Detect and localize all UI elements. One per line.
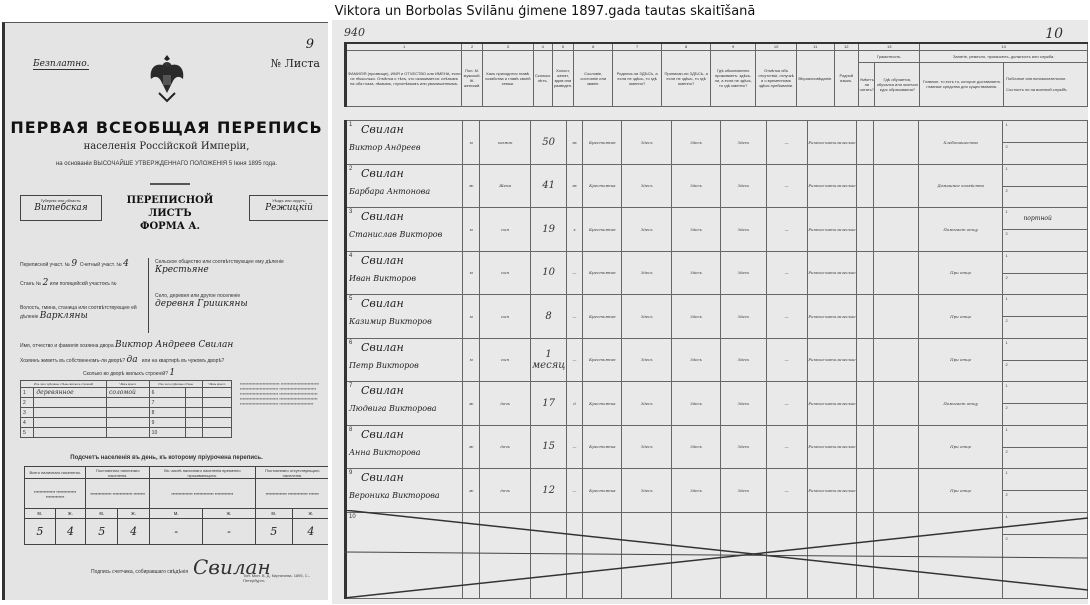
person-residence: Здесь bbox=[721, 425, 766, 469]
person-estate: Крестьянин bbox=[583, 251, 622, 295]
person-occupation: Домашнее хозяйство bbox=[918, 164, 1002, 208]
person-sex: ж bbox=[463, 425, 479, 469]
person-sex: ж bbox=[463, 469, 479, 513]
walls-value bbox=[185, 408, 202, 418]
person-index: 2 bbox=[349, 166, 352, 172]
row-index: 1 bbox=[21, 388, 34, 398]
count-value: 5 bbox=[255, 519, 292, 545]
sex-label: м. bbox=[255, 509, 292, 519]
person-literacy-b bbox=[873, 164, 918, 208]
person-birthplace: Здесь bbox=[622, 121, 671, 165]
owner-value: Виктор Андреев Свилан bbox=[115, 340, 233, 350]
person-relation bbox=[479, 512, 530, 598]
police-label: или полицейскій участокъ № bbox=[50, 281, 117, 287]
person-sex: м bbox=[463, 208, 479, 252]
roof-value bbox=[202, 428, 231, 438]
person-age: 41 bbox=[531, 164, 566, 208]
row-index: 7 bbox=[149, 398, 185, 408]
form-decree: на основаніи ВЫСОЧАЙШЕ УТВЕРЖДЕННАГО ПОЛ… bbox=[5, 161, 328, 167]
person-estate bbox=[583, 512, 622, 598]
person-residence: Здесь bbox=[721, 251, 766, 295]
count-value: 4 bbox=[118, 519, 150, 545]
buildings-row: 49 bbox=[21, 418, 232, 428]
person-birthplace: Здесь bbox=[622, 425, 671, 469]
person-name-cell: 10 bbox=[346, 512, 463, 598]
count-value: 5 bbox=[25, 519, 56, 545]
header-absence: Отмѣтка объ отсутствіи, отлучкѣ и о врем… bbox=[756, 50, 797, 106]
person-surname: Свилан bbox=[361, 167, 404, 180]
person-surname: Свилан bbox=[361, 297, 404, 310]
person-surname: Свилан bbox=[361, 341, 404, 354]
header-registered: Приписан-ли ЗДѢСЬ, а если не здѣсь, то г… bbox=[662, 50, 711, 106]
person-sex: м bbox=[463, 251, 479, 295]
buildings-count-value: 1 bbox=[169, 368, 175, 378]
row-index: 3 bbox=[21, 408, 34, 418]
person-registered: Здесь bbox=[671, 208, 720, 252]
person-row: 6 Свилан Петр Викторов м сын 1 месяц — К… bbox=[346, 338, 1088, 382]
person-absence: — bbox=[766, 295, 807, 339]
header-occupation-b1: Побочное или вспомогательное. bbox=[1006, 76, 1087, 81]
count-value: 5 bbox=[86, 519, 118, 545]
person-marital: — bbox=[566, 469, 582, 513]
person-surname: Свилан bbox=[361, 428, 404, 441]
person-side-occupation: портной bbox=[1023, 215, 1051, 222]
person-literacy-a bbox=[857, 425, 873, 469]
person-row: 4 Свилан Иван Викторов м сын 10 — Кресть… bbox=[346, 251, 1088, 295]
person-absence: — bbox=[766, 164, 807, 208]
row-index: 4 bbox=[21, 418, 34, 428]
roof-value bbox=[106, 398, 149, 408]
page-number: 10 bbox=[1045, 26, 1063, 42]
person-residence: Здесь bbox=[721, 295, 766, 339]
person-marital: — bbox=[566, 251, 582, 295]
person-index: 7 bbox=[349, 383, 352, 389]
person-literacy-b bbox=[873, 382, 918, 426]
form-type-subtitle: ФОРМА А. bbox=[105, 220, 235, 233]
owner-field: Имя, отчество и фамилія хозяина двора Ви… bbox=[20, 340, 233, 350]
row-index: 5 bbox=[21, 428, 34, 438]
person-estate: Крестьянка bbox=[583, 164, 622, 208]
person-sex bbox=[463, 512, 479, 598]
province-value: Витебская bbox=[21, 203, 101, 213]
person-birthplace: Здесь bbox=[622, 382, 671, 426]
sex-label: м. bbox=[150, 509, 203, 519]
count-header: Постояннаго наличнаго населенія. bbox=[86, 467, 150, 479]
stan-field: Станъ № 2 или полицейскій участокъ № bbox=[20, 278, 117, 288]
person-row: 9 Свилан Вероника Викторова ж дочь 12 — … bbox=[346, 469, 1088, 513]
person-birthplace: Здесь bbox=[622, 208, 671, 252]
buildings-row: 38 bbox=[21, 408, 232, 418]
census-district-value: 9 bbox=[71, 259, 77, 269]
person-row: 5 Свилан Казимир Викторов м сын 8 — Крес… bbox=[346, 295, 1088, 339]
person-estate: Крестьянин bbox=[583, 208, 622, 252]
person-marital bbox=[566, 512, 582, 598]
person-religion: Римско-католическое bbox=[807, 338, 856, 382]
community-field: Сельское общество или соотвѣтствующее ем… bbox=[155, 259, 284, 275]
person-registered: Здесь bbox=[671, 295, 720, 339]
buildings-row: 27 bbox=[21, 398, 232, 408]
walls-value bbox=[185, 398, 202, 408]
column-number: 13 bbox=[859, 43, 920, 50]
household-members-rows: 1 Свилан Виктор Андреев м хозяин 50 ж Кр… bbox=[344, 120, 1088, 599]
person-given-name: Петр Викторов bbox=[349, 361, 419, 370]
person-occupation-secondary: 1 2 bbox=[1003, 251, 1088, 295]
roof-value: соломой bbox=[106, 388, 149, 398]
walls-value bbox=[34, 418, 107, 428]
person-occupation: Помогает отцу bbox=[918, 382, 1002, 426]
person-age: 50 bbox=[531, 121, 566, 165]
sex-label: ж. bbox=[203, 509, 255, 519]
person-registered: Здесь bbox=[671, 469, 720, 513]
roof-value bbox=[106, 408, 149, 418]
person-age: 8 bbox=[531, 295, 566, 339]
person-index: 3 bbox=[349, 209, 352, 215]
count-value: 4 bbox=[55, 519, 86, 545]
buildings-count-field: Сколько во дворѣ жилыхъ строеній? 1 bbox=[83, 368, 175, 378]
form-title: ПЕРВАЯ ВСЕОБЩАЯ ПЕРЕПИСЬ bbox=[5, 118, 328, 137]
sheet-number-label: № Листа bbox=[271, 57, 320, 70]
sex-label: ж. bbox=[292, 509, 328, 519]
walls-value: деревянное bbox=[34, 388, 107, 398]
double-headed-eagle-icon bbox=[147, 53, 187, 105]
person-occupation: Помогает отцу bbox=[918, 208, 1002, 252]
person-row: 3 Свилан Станислав Викторов м сын 19 х К… bbox=[346, 208, 1088, 252]
person-registered: Здесь bbox=[671, 251, 720, 295]
header-relation: Какъ приходится главѣ хозяйства и главѣ … bbox=[482, 50, 533, 106]
person-given-name: Людвига Викторова bbox=[349, 404, 437, 413]
buildings-header: Изъ чего сдѣланы стѣны bbox=[149, 381, 202, 388]
header-occupation-a: Главное, то есть то, которое доставляетъ… bbox=[920, 62, 1004, 106]
person-row: 2 Свилан Барбара Антонова ж Жена 41 ж Кр… bbox=[346, 164, 1088, 208]
header-birthplace: Родился-ли ЗДѢСЬ, а если не здѣсь, то гд… bbox=[613, 50, 662, 106]
person-name-cell: 7 Свилан Людвига Викторова bbox=[346, 382, 463, 426]
census-district-field: Переписной участ. № 9 Счетный участ. № 4 bbox=[20, 259, 129, 269]
person-relation: сын bbox=[479, 251, 530, 295]
person-marital: ж bbox=[566, 121, 582, 165]
archive-number: 940 bbox=[344, 26, 365, 39]
own-house-value: да bbox=[127, 355, 138, 365]
roof-value bbox=[202, 398, 231, 408]
person-birthplace: Здесь bbox=[622, 164, 671, 208]
person-religion: Римско-католическое bbox=[807, 469, 856, 513]
count-value: 4 bbox=[292, 519, 328, 545]
person-residence: Здесь bbox=[721, 164, 766, 208]
person-absence: — bbox=[766, 338, 807, 382]
person-age: 12 bbox=[531, 469, 566, 513]
person-residence: Здесь bbox=[721, 338, 766, 382]
person-age: 15 bbox=[531, 425, 566, 469]
person-absence: — bbox=[766, 251, 807, 295]
stan-label: Станъ № bbox=[20, 281, 41, 287]
person-row: 8 Свилан Анна Викторова ж дочь 15 — Крес… bbox=[346, 425, 1088, 469]
walls-value bbox=[34, 398, 107, 408]
signature-label: Подпись счетчика, собиравшаго свѣдѣнія bbox=[91, 569, 188, 575]
person-occupation: При отце bbox=[918, 469, 1002, 513]
person-occupation bbox=[918, 512, 1002, 598]
person-birthplace: Здесь bbox=[622, 338, 671, 382]
form-subtitle: населенія Россійской Имперіи, bbox=[5, 141, 328, 152]
page-number: 9 bbox=[306, 37, 314, 52]
person-index: 10 bbox=[349, 514, 356, 520]
census-cover-page: 9 Безплатно. № Листа ПЕРВАЯ ВСЕОБЩАЯ ПЕР… bbox=[2, 22, 328, 600]
volost-value: Варкляны bbox=[40, 311, 88, 321]
row-index: 9 bbox=[149, 418, 185, 428]
sex-label: м. bbox=[86, 509, 118, 519]
header-residence: Гдѣ обыкновенно проживаетъ: здѣсь-ли, а … bbox=[711, 50, 756, 106]
header-literacy-a: Умѣетъ ли читать? bbox=[859, 62, 875, 106]
rent-label: или на квартирѣ въ чужомъ дворѣ? bbox=[142, 358, 225, 364]
person-surname: Свилан bbox=[361, 384, 404, 397]
roof-value bbox=[106, 428, 149, 438]
walls-value bbox=[185, 428, 202, 438]
row-index: 10 bbox=[149, 428, 185, 438]
header-name: ФАМИЛІЯ (прозвище), ИМЯ и ОТЧЕСТВО или И… bbox=[346, 50, 462, 106]
header-occupation-b2: Состоитъ ли на военной службѣ. bbox=[1006, 87, 1087, 92]
person-name-cell: 8 Свилан Анна Викторова bbox=[346, 425, 463, 469]
count-description: ▪▪▪▪▪▪▪▪▪▪▪▪▪▪▪ ▪▪▪▪▪▪▪▪▪▪▪▪▪▪ ▪▪▪▪▪▪▪▪▪… bbox=[150, 479, 256, 509]
stan-value: 2 bbox=[43, 278, 49, 288]
person-literacy-b bbox=[873, 251, 918, 295]
person-birthplace: Здесь bbox=[622, 251, 671, 295]
volost-field: Волость, гмина, станица или соотвѣтствую… bbox=[20, 305, 145, 321]
person-relation: хозяин bbox=[479, 121, 530, 165]
person-row: 7 Свилан Людвига Викторова ж дочь 17 д К… bbox=[346, 382, 1088, 426]
column-number: 8 bbox=[662, 43, 711, 50]
person-name-cell: 2 Свилан Барбара Антонова bbox=[346, 164, 463, 208]
person-index: 5 bbox=[349, 296, 352, 302]
image-caption: Viktora un Borbolas Svilānu ģimene 1897.… bbox=[0, 4, 1090, 19]
buildings-header: Чѣмъ крыто bbox=[106, 381, 149, 388]
header-estate: Сословіе, состояніе или званіе. bbox=[574, 50, 613, 106]
person-name-cell: 4 Свилан Иван Викторов bbox=[346, 251, 463, 295]
person-registered: Здесь bbox=[671, 121, 720, 165]
column-number: 1 bbox=[346, 43, 462, 50]
header-literacy-b: Гдѣ обучается, обучался или окончил курс… bbox=[875, 62, 920, 106]
person-index: 9 bbox=[349, 470, 352, 476]
person-age: 10 bbox=[531, 251, 566, 295]
person-relation: сын bbox=[479, 338, 530, 382]
person-religion: Римско-католическое bbox=[807, 208, 856, 252]
column-number: 5 bbox=[552, 43, 574, 50]
person-literacy-b bbox=[873, 469, 918, 513]
buildings-header: Изъ чего сдѣланы стѣны жилыхъ строеній bbox=[21, 381, 107, 388]
person-sex: ж bbox=[463, 382, 479, 426]
person-age bbox=[531, 512, 566, 598]
sex-label: ж. bbox=[55, 509, 86, 519]
person-literacy-a bbox=[857, 469, 873, 513]
person-age: 1 месяц bbox=[531, 338, 566, 382]
walls-value bbox=[34, 428, 107, 438]
person-registered: Здесь bbox=[671, 164, 720, 208]
person-literacy-b bbox=[873, 121, 918, 165]
person-estate: Крестьянин bbox=[583, 295, 622, 339]
header-marital: Холост, женат, вдов или разведен. bbox=[552, 50, 574, 106]
column-number: 11 bbox=[797, 43, 835, 50]
person-sex: м bbox=[463, 295, 479, 339]
person-religion bbox=[807, 512, 856, 598]
person-relation: дочь bbox=[479, 469, 530, 513]
person-occupation-secondary: 1 2 bbox=[1003, 338, 1088, 382]
person-registered: Здесь bbox=[671, 425, 720, 469]
person-religion: Римско-католическое bbox=[807, 121, 856, 165]
person-literacy-a bbox=[857, 512, 873, 598]
person-age: 19 bbox=[531, 208, 566, 252]
column-number: 2 bbox=[462, 43, 482, 50]
person-literacy-b bbox=[873, 425, 918, 469]
person-estate: Крестьянка bbox=[583, 425, 622, 469]
column-number: 14 bbox=[920, 43, 1088, 50]
person-residence bbox=[721, 512, 766, 598]
person-estate: Крестьянка bbox=[583, 382, 622, 426]
column-number: 12 bbox=[834, 43, 859, 50]
person-surname: Свилан bbox=[361, 123, 404, 136]
person-given-name: Барбара Антонова bbox=[349, 187, 430, 196]
person-occupation-secondary: 1 2 bbox=[1003, 382, 1088, 426]
person-birthplace: Здесь bbox=[622, 469, 671, 513]
buildings-header: Чѣмъ крыто bbox=[202, 381, 231, 388]
person-religion: Римско-католическое bbox=[807, 295, 856, 339]
roof-value bbox=[106, 418, 149, 428]
person-residence: Здесь bbox=[721, 382, 766, 426]
uezd-box: Уѣздъ или округъ: Режицкій bbox=[249, 195, 328, 221]
count-header: Въ числѣ наличнаго населенія временно пр… bbox=[150, 467, 256, 479]
count-description: ▪▪▪▪▪▪▪▪▪▪▪▪▪▪▪ ▪▪▪▪▪▪▪▪▪▪▪▪▪▪ ▪▪▪▪▪▪▪▪▪… bbox=[25, 479, 86, 509]
person-sex: ж bbox=[463, 164, 479, 208]
walls-value bbox=[185, 418, 202, 428]
person-occupation-secondary: 1 2 bbox=[1003, 295, 1088, 339]
person-given-name: Анна Викторова bbox=[349, 448, 420, 457]
person-marital: д bbox=[566, 382, 582, 426]
person-registered: Здесь bbox=[671, 338, 720, 382]
count-title: Подсчетъ населенія въ день, къ которому … bbox=[5, 455, 328, 461]
own-house-label: Хозяинъ живетъ въ собственномъ-ли дворѣ? bbox=[20, 358, 125, 364]
person-index: 4 bbox=[349, 253, 352, 259]
form-type-title: ПЕРЕПИСНОЙ ЛИСТЪ bbox=[105, 194, 235, 220]
person-row: 1 Свилан Виктор Андреев м хозяин 50 ж Кр… bbox=[346, 121, 1088, 165]
person-name-cell: 3 Свилан Станислав Викторов bbox=[346, 208, 463, 252]
buildings-count-label: Сколько во дворѣ жилыхъ строеній? bbox=[83, 371, 168, 377]
person-surname: Свилан bbox=[361, 210, 404, 223]
empty-cancelled-row: 10 1 2 bbox=[346, 512, 1088, 598]
column-number: 7 bbox=[613, 43, 662, 50]
person-occupation-secondary: 1 2 bbox=[1003, 121, 1088, 165]
census-district-label: Переписной участ. № bbox=[20, 262, 70, 268]
person-absence: — bbox=[766, 208, 807, 252]
sex-label: ж. bbox=[118, 509, 150, 519]
person-sex: м bbox=[463, 338, 479, 382]
person-estate: Крестьянин bbox=[583, 338, 622, 382]
person-name-cell: 5 Свилан Казимир Викторов bbox=[346, 295, 463, 339]
row-index: 2 bbox=[21, 398, 34, 408]
header-literacy: Грамотность. bbox=[859, 50, 920, 62]
header-religion: Вѣроисповѣданіе. bbox=[797, 50, 835, 106]
person-index: 6 bbox=[349, 340, 352, 346]
person-registered: Здесь bbox=[671, 382, 720, 426]
person-literacy-a bbox=[857, 338, 873, 382]
walls-value bbox=[185, 388, 202, 398]
header-sex: Пол. М. мужской. Ж. женский. bbox=[462, 50, 482, 106]
person-given-name: Казимир Викторов bbox=[349, 317, 432, 326]
person-literacy-b bbox=[873, 338, 918, 382]
person-absence: — bbox=[766, 469, 807, 513]
community-value: Крестьяне bbox=[155, 265, 209, 275]
person-estate: Крестьянин bbox=[583, 121, 622, 165]
person-occupation: При отце bbox=[918, 338, 1002, 382]
person-marital: — bbox=[566, 425, 582, 469]
person-religion: Римско-католическое bbox=[807, 164, 856, 208]
walls-value bbox=[34, 408, 107, 418]
ornament-divider bbox=[150, 183, 190, 185]
person-marital: — bbox=[566, 295, 582, 339]
person-age: 17 bbox=[531, 382, 566, 426]
person-occupation: Хлебопашество bbox=[918, 121, 1002, 165]
person-given-name: Иван Викторов bbox=[349, 274, 416, 283]
buildings-table: Изъ чего сдѣланы стѣны жилыхъ строеній Ч… bbox=[20, 380, 232, 438]
person-absence: — bbox=[766, 425, 807, 469]
counting-district-value: 4 bbox=[123, 259, 129, 269]
person-occupation-secondary: 1 портной 2 bbox=[1003, 208, 1088, 252]
row-index: 8 bbox=[149, 408, 185, 418]
column-number: 6 bbox=[574, 43, 613, 50]
person-occupation-secondary: 1 2 bbox=[1003, 164, 1088, 208]
person-religion: Римско-католическое bbox=[807, 425, 856, 469]
person-name-cell: 6 Свилан Петр Викторов bbox=[346, 338, 463, 382]
roof-value bbox=[202, 408, 231, 418]
person-literacy-b bbox=[873, 512, 918, 598]
count-description: ▪▪▪▪▪▪▪▪▪▪▪▪▪▪▪ ▪▪▪▪▪▪▪▪▪▪▪▪▪▪ ▪▪▪▪▪▪▪▪ bbox=[86, 479, 150, 509]
village-field: Село, деревня или другое поселеніе дерев… bbox=[155, 293, 248, 309]
person-relation: сын bbox=[479, 295, 530, 339]
printer-imprint: Тип. Мин. В. Д. Кирпичева. 1895, С.-Пете… bbox=[243, 573, 328, 583]
household-members-table: 1 2 3 4 5 6 7 8 9 10 11 12 13 14 ФАМИЛІЯ… bbox=[344, 42, 1088, 107]
person-marital: — bbox=[566, 338, 582, 382]
header-occupation-b: Побочное или вспомогательное. Состоитъ л… bbox=[1004, 62, 1088, 106]
person-relation: дочь bbox=[479, 425, 530, 469]
person-estate: Крестьянка bbox=[583, 469, 622, 513]
column-number: 9 bbox=[711, 43, 756, 50]
person-religion: Римско-католическое bbox=[807, 382, 856, 426]
person-relation: дочь bbox=[479, 382, 530, 426]
count-value: - bbox=[203, 519, 255, 545]
uezd-value: Режицкій bbox=[250, 203, 328, 213]
instructions-note: ▪▪▪▪▪▪▪▪▪▪▪▪▪▪▪▪▪▪▪▪▪▪▪▪▪▪▪▪ ▪▪▪▪▪▪▪▪▪▪▪… bbox=[240, 381, 328, 445]
column-number: 10 bbox=[756, 43, 797, 50]
person-literacy-a bbox=[857, 251, 873, 295]
header-age: Сколько лѣтъ. bbox=[533, 50, 552, 106]
person-residence: Здесь bbox=[721, 469, 766, 513]
person-occupation-secondary: 1 2 bbox=[1003, 425, 1088, 469]
counting-district-label: Счетный участ. № bbox=[80, 262, 122, 268]
census-household-page: 940 10 1 2 3 4 5 6 7 8 9 10 11 12 13 14 … bbox=[332, 20, 1088, 604]
count-value: - bbox=[150, 519, 203, 545]
person-literacy-b bbox=[873, 208, 918, 252]
population-count-table: Всего наличнаго населенія. Постояннаго н… bbox=[24, 466, 328, 545]
buildings-row: 1деревянноесоломой6 bbox=[21, 388, 232, 398]
person-given-name: Станислав Викторов bbox=[349, 230, 442, 239]
person-birthplace bbox=[622, 512, 671, 598]
person-occupation-secondary: 1 2 bbox=[1003, 512, 1088, 598]
person-name-cell: 9 Свилан Вероника Викторова bbox=[346, 469, 463, 513]
person-given-name: Вероника Викторова bbox=[349, 491, 440, 500]
person-index: 8 bbox=[349, 427, 352, 433]
count-description: ▪▪▪▪▪▪▪▪▪▪▪▪▪▪▪ ▪▪▪▪▪▪▪▪▪▪▪▪▪▪ ▪▪▪▪▪▪▪ bbox=[255, 479, 328, 509]
person-occupation-secondary: 1 2 bbox=[1003, 469, 1088, 513]
person-occupation: При отце bbox=[918, 295, 1002, 339]
person-absence bbox=[766, 512, 807, 598]
person-relation: Жена bbox=[479, 164, 530, 208]
column-number: 4 bbox=[533, 43, 552, 50]
person-given-name: Виктор Андреев bbox=[349, 143, 421, 152]
